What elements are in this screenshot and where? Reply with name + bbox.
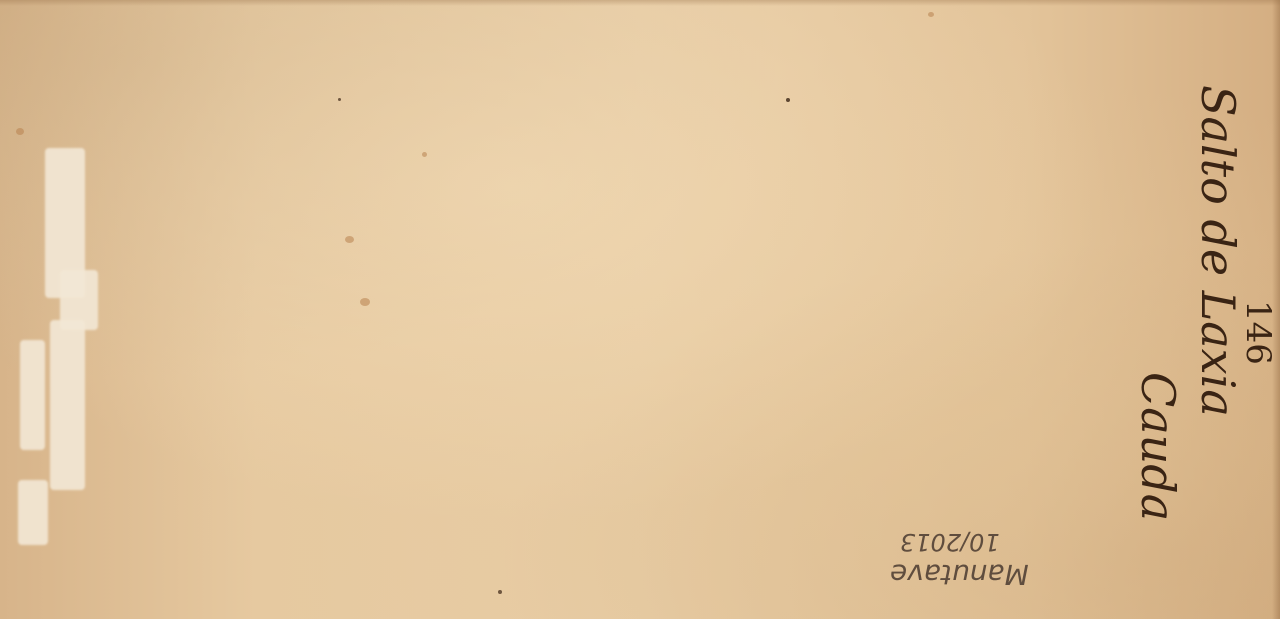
scraped-area	[18, 480, 48, 545]
foxing-spot	[360, 298, 370, 306]
inscription-title: Salto de Laxia	[1191, 85, 1245, 417]
foxing-spot	[338, 98, 341, 101]
foxing-spot	[422, 152, 427, 157]
scraped-area	[50, 320, 85, 490]
foxing-spot	[928, 12, 934, 17]
inscription-subtitle: Cauda	[1131, 372, 1185, 521]
card-back: Salto de Laxia Cauda 146 10/2013 Manutav…	[0, 0, 1280, 619]
foxing-spot	[498, 590, 502, 594]
pencil-date: 10/2013	[900, 528, 1000, 556]
inscription-number: 146	[1238, 300, 1278, 365]
foxing-spot	[786, 98, 790, 102]
top-edge-shadow	[0, 0, 1280, 6]
scraped-area	[20, 340, 45, 450]
pencil-name: Manutave	[890, 558, 1029, 591]
foxing-spot	[16, 128, 24, 135]
foxing-spot	[345, 236, 354, 243]
